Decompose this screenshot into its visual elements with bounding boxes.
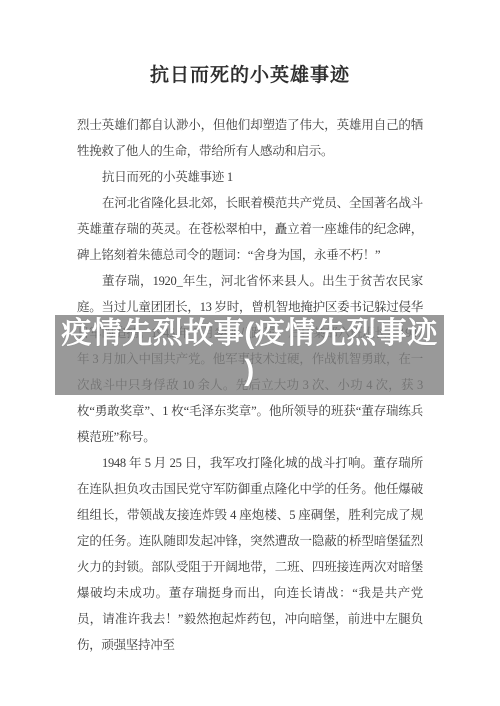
document-page: 抗日而死的小英雄事迹 烈士英雄们都自认渺小，但他们却塑造了伟大，英雄用自己的牺牲… — [0, 0, 500, 706]
overlay-title-line-1: 疫情先烈故事(疫情先烈事迹 — [61, 315, 438, 352]
document-title: 抗日而死的小英雄事迹 — [0, 60, 500, 87]
paragraph-intro: 烈士英雄们都自认渺小，但他们却塑造了伟大，英雄用自己的牺牲挽救了他人的生命，带给… — [77, 112, 423, 164]
overlay-title-band: 疫情先烈故事(疫情先烈事迹 ) — [55, 315, 444, 395]
paragraph-memorial: 在河北省隆化县北郊，长眠着模范共产党员、全国著名战斗英雄董存瑞的英灵。在苍松翠柏… — [77, 190, 423, 268]
paragraph-battle: 1948 年 5 月 25 日，我军攻打隆化城的战斗打响。董存瑞所在连队担负攻击… — [77, 450, 423, 658]
paragraph-section-heading: 抗日而死的小英雄事迹 1 — [77, 164, 423, 190]
overlay-title-line-2: ) — [244, 352, 255, 389]
